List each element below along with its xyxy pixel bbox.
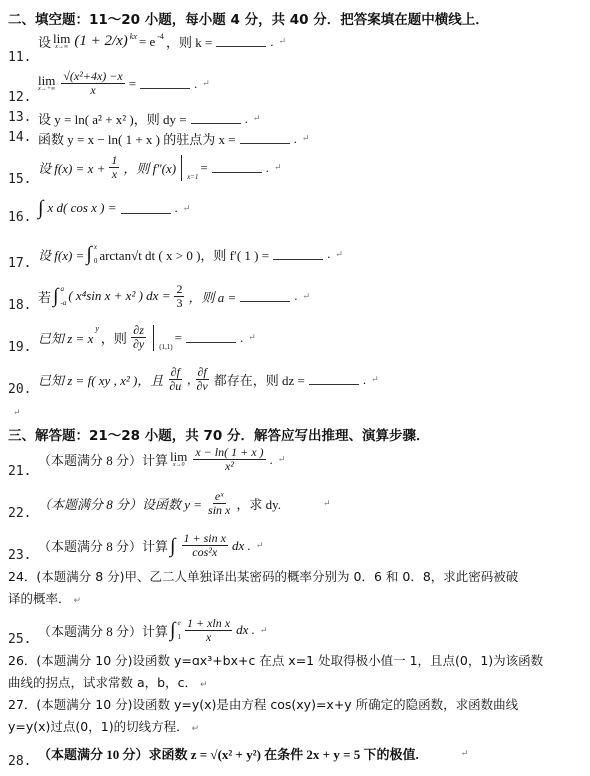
limit-operator: limx→∞ [53, 33, 70, 51]
period: . [240, 330, 243, 346]
evaluation-bar [181, 155, 182, 181]
denominator: x [88, 84, 97, 97]
fraction: 23 [174, 283, 184, 310]
paragraph-mark-icon: ↵ [371, 374, 379, 385]
prefix-text: 设 f(x) = x + [38, 158, 105, 177]
fraction: eˣsin x [206, 490, 232, 517]
question-15: 15. 设 f(x) = x + 1x ，则 f″(x) x=1 = . ↵ [8, 152, 584, 188]
suffix-text: ，则 a = [188, 287, 236, 306]
numerator: eˣ [213, 490, 226, 504]
numerator: 1 + xln x [185, 617, 232, 631]
period: . [270, 452, 273, 468]
question-13: 13. 设 y = ln( a² + x² )，则 dy = . ↵ [8, 108, 584, 126]
denominator: 3 [174, 297, 184, 310]
rhs: = e [139, 34, 155, 50]
numerator: 1 [109, 154, 119, 168]
question-27-line-2: y=y(x)过点(0，1)的切线方程．↵ [8, 716, 582, 740]
suffix-text: ，求 dy. [236, 494, 281, 513]
answer-blank[interactable] [121, 203, 171, 214]
period: . [175, 200, 178, 216]
question-18: 18. 若 ∫ a-a ( x⁴sin x + x² ) dx = 23 ，则 … [8, 280, 584, 316]
rhs-exponent: -4 [157, 32, 164, 41]
section-3-heading: 三、解答题：21～28 小题，共 70 分．解答应写出推理、演算步骤． [8, 424, 429, 444]
integral-icon: ∫ [38, 198, 43, 218]
question-12: 12. limx→+∞ √(x²+4x) −xx = . ↵ [8, 70, 584, 106]
question-26: 26．(本题满分 10 分)设函数 y=ɑx³+bx+c 在点 x=1 处取得极… [8, 650, 582, 696]
question-body: 设 f(x) = x + 1x ，则 f″(x) x=1 = . ↵ [38, 154, 282, 181]
question-28: 28. （本题满分 10 分）求函数 z = √(x² + y²) 在条件 2x… [8, 740, 584, 770]
limit-operator: limx→+∞ [38, 75, 55, 93]
fraction-dv: ∂f∂v [195, 366, 210, 393]
answer-blank[interactable] [191, 113, 241, 124]
upper-limit: x [94, 240, 98, 254]
limit-subscript: x→+∞ [38, 86, 55, 93]
question-number: 20. [8, 382, 31, 397]
question-17: 17. 设 f(x) = ∫ x0 arctan√t dt ( x > 0 )，… [8, 238, 584, 274]
question-21: 21. （本题满分 8 分）计算 limx→0 x − ln( 1 + x )x… [8, 444, 584, 480]
question-number: 21. [8, 464, 31, 479]
question-26-line-2: 曲线的拐点，试求常数 a，b，c．↵ [8, 672, 582, 696]
integral-limits: x0 [94, 240, 98, 268]
period: . [294, 288, 297, 304]
paragraph-mark-icon: ↵ [303, 291, 311, 302]
fraction: 1x [109, 154, 119, 181]
lim-label: lim [38, 75, 55, 86]
period: . [294, 131, 297, 147]
question-body: （本题满分 8 分）计算 ∫ e1 1 + xln xx dx . ↵ [38, 616, 267, 644]
paragraph-mark-icon: ↵ [279, 36, 287, 47]
lim-label: lim [170, 451, 187, 462]
question-text: （本题满分 10 分）求函数 z = √(x² + y²) 在条件 2x + y… [38, 744, 419, 763]
period: . [266, 160, 269, 176]
evaluation-bar [153, 325, 154, 351]
question-number: 11. [8, 50, 31, 65]
period: . [327, 246, 330, 262]
denominator: sin x [206, 504, 232, 517]
question-text: 设 y = ln( a² + x² )，则 dy = [38, 109, 187, 128]
question-25: 25. （本题满分 8 分）计算 ∫ e1 1 + xln xx dx . ↵ [8, 614, 584, 650]
suffix-text: dx . [232, 538, 251, 554]
period: . [270, 34, 273, 50]
answer-blank[interactable] [140, 78, 190, 89]
question-body: （本题满分 8 分）计算 ∫ 1 + sin xcos²x dx . ↵ [38, 532, 263, 559]
paragraph-mark-icon: ↵ [74, 596, 82, 606]
question-20: 20. 已知 z = f( xy , x² )，且 ∂f∂u , ∂f∂v 都存… [8, 364, 584, 400]
period: . [245, 111, 248, 127]
fraction: √(x²+4x) −xx [61, 70, 124, 97]
lower-limit: -a [61, 296, 67, 310]
question-number: 22. [8, 506, 31, 521]
answer-blank[interactable] [240, 291, 290, 302]
period: . [363, 372, 366, 388]
question-number: 13. [8, 110, 31, 125]
question-16: 16. ∫ x d( cos x ) = . ↵ [8, 198, 584, 226]
integral-limits: e1 [178, 616, 182, 644]
lower-limit: 0 [94, 254, 98, 268]
question-body: 设 f(x) = ∫ x0 arctan√t dt ( x > 0 )，则 f′… [38, 240, 343, 268]
question-text: 函数 y = x − ln( 1 + x ) 的驻点为 x = [38, 129, 236, 148]
question-24-line-2: 译的概率．↵ [8, 588, 582, 612]
lower-limit: 1 [178, 630, 182, 644]
lim-label: lim [53, 33, 70, 44]
question-27: 27．(本题满分 10 分)设函数 y=y(x)是由方程 cos(xy)=x+y… [8, 694, 582, 740]
question-26-line-1: 26．(本题满分 10 分)设函数 y=ɑx³+bx+c 在点 x=1 处取得极… [8, 650, 582, 672]
answer-blank[interactable] [212, 162, 262, 173]
question-number: 15. [8, 172, 31, 187]
paragraph-mark-icon: ↵ [461, 748, 469, 759]
question-14: 14. 函数 y = x − ln( 1 + x ) 的驻点为 x = . ↵ [8, 128, 584, 146]
question-number: 18. [8, 298, 31, 313]
question-22: 22. （本题满分 8 分）设函数 y = eˣsin x ，求 dy. ↵ [8, 488, 584, 524]
denominator: ∂y [131, 338, 146, 351]
question-body: 设 y = ln( a² + x² )，则 dy = . ↵ [38, 109, 260, 128]
limit-expression: (1 + 2/x) [74, 33, 127, 50]
question-26-line-2-text: 曲线的拐点，试求常数 a，b，c． [8, 675, 197, 690]
equals: = [129, 76, 136, 92]
integrand: ( x⁴sin x + x² ) dx = [68, 288, 170, 304]
question-11: 11. 设 limx→∞ (1 + 2/x) kx = e -4 ，则 k = … [8, 30, 584, 66]
answer-blank[interactable] [240, 133, 290, 144]
question-body: 设 limx→∞ (1 + 2/x) kx = e -4 ，则 k = . ↵ [38, 32, 286, 51]
denominator: x² [223, 460, 236, 473]
numerator: ∂f [196, 366, 209, 380]
upper-limit: e [178, 616, 182, 630]
prefix-text: 设 [38, 32, 51, 51]
paragraph-mark-icon: ↵ [253, 113, 261, 124]
paragraph-mark-icon: ↵ [335, 249, 343, 260]
integral-icon: ∫ [86, 244, 91, 264]
question-24-line-2-text: 译的概率． [8, 591, 71, 606]
fraction: 1 + sin xcos²x [182, 532, 228, 559]
fraction: 1 + xln xx [185, 617, 232, 644]
paragraph-mark-icon: ↵ [200, 680, 208, 690]
fraction-du: ∂f∂u [167, 366, 183, 393]
prefix-text: （本题满分 8 分）计算 [38, 450, 168, 469]
limit-subscript: x→0 [173, 462, 185, 469]
paragraph-mark-icon: ↵ [323, 498, 331, 509]
denominator: ∂v [195, 380, 210, 393]
paragraph-mark-icon: ↵ [202, 78, 210, 89]
question-body: 函数 y = x − ln( 1 + x ) 的驻点为 x = . ↵ [38, 129, 309, 148]
denominator: x [110, 168, 119, 181]
upper-limit: a [61, 282, 67, 296]
numerator: ∂z [131, 324, 146, 338]
suffix-text: 都存在，则 dz = [214, 370, 305, 389]
question-24-line-1: 24．(本题满分 8 分)甲、乙二人单独译出某密码的概率分别为 0．6 和 0．… [8, 566, 582, 588]
empty-paragraph-mark-icon: ↵ [13, 408, 21, 418]
integral-icon: ∫ [170, 620, 175, 640]
integral-icon: ∫ [53, 286, 58, 306]
paragraph-mark-icon: ↵ [260, 625, 268, 636]
limit-subscript: x→∞ [55, 44, 68, 51]
answer-blank[interactable] [186, 332, 236, 343]
denominator: cos²x [190, 546, 219, 559]
denominator: ∂u [167, 380, 183, 393]
question-number: 23. [8, 548, 31, 563]
question-number: 16. [8, 210, 31, 225]
question-number: 19. [8, 340, 31, 355]
question-number: 17. [8, 256, 31, 271]
prefix-text: 已知 z = x [38, 328, 93, 347]
question-text: x d( cos x ) = [47, 200, 116, 216]
exponent: kx [130, 32, 137, 41]
numerator: 2 [174, 283, 184, 297]
question-number: 28. [8, 754, 31, 769]
paragraph-mark-icon: ↵ [278, 454, 286, 465]
paragraph-mark-icon: ↵ [302, 133, 310, 144]
question-body: 已知 z = x y ，则 ∂z∂y (1,1) = . ↵ [38, 324, 256, 351]
prefix-text: 已知 z = f( xy , x² )，且 [38, 370, 163, 389]
answer-blank[interactable] [309, 374, 359, 385]
limit-operator: limx→0 [170, 451, 187, 469]
question-body: ∫ x d( cos x ) = . ↵ [38, 198, 190, 218]
equals: = [175, 330, 182, 346]
question-27-line-2-text: y=y(x)过点(0，1)的切线方程． [8, 719, 189, 734]
question-number: 14. [8, 130, 31, 145]
section-2-heading: 二、填空题：11～20 小题，每小题 4 分，共 40 分．把答案填在题中横线上… [8, 8, 489, 28]
derivative-text: ，则 f″(x) [123, 158, 176, 177]
question-27-line-1: 27．(本题满分 10 分)设函数 y=y(x)是由方程 cos(xy)=x+y… [8, 694, 582, 716]
question-23: 23. （本题满分 8 分）计算 ∫ 1 + sin xcos²x dx . ↵ [8, 530, 584, 566]
question-body: （本题满分 8 分）设函数 y = eˣsin x ，求 dy. ↵ [38, 490, 331, 517]
question-body: 若 ∫ a-a ( x⁴sin x + x² ) dx = 23 ，则 a = … [38, 282, 310, 310]
suffix-text: dx . [236, 622, 255, 638]
prefix-text: 设 f(x) = [38, 245, 84, 264]
mid-text: ，则 [101, 328, 127, 347]
paragraph-mark-icon: ↵ [183, 203, 191, 214]
numerator: x − ln( 1 + x ) [193, 446, 265, 460]
question-19: 19. 已知 z = x y ，则 ∂z∂y (1,1) = . ↵ [8, 322, 584, 358]
period: . [194, 76, 197, 92]
numerator: √(x²+4x) −x [61, 70, 124, 84]
suffix-text: ，则 k = [166, 32, 212, 51]
evaluation-point: (1,1) [159, 343, 172, 351]
prefix-text: （本题满分 8 分）计算 [38, 536, 168, 555]
paragraph-mark-icon: ↵ [274, 162, 282, 173]
fraction: ∂z∂y [131, 324, 146, 351]
prefix-text: 若 [38, 287, 51, 306]
question-body: （本题满分 8 分）计算 limx→0 x − ln( 1 + x )x² . … [38, 446, 285, 473]
paragraph-mark-icon: ↵ [248, 332, 256, 343]
answer-blank[interactable] [216, 36, 266, 47]
question-text: arctan√t dt ( x > 0 )，则 f′( 1 ) = [99, 245, 269, 264]
question-body: 已知 z = f( xy , x² )，且 ∂f∂u , ∂f∂v 都存在，则 … [38, 366, 379, 393]
numerator: ∂f [169, 366, 182, 380]
prefix-text: （本题满分 8 分）设函数 y = [38, 494, 202, 513]
answer-blank[interactable] [273, 249, 323, 260]
prefix-text: （本题满分 8 分）计算 [38, 621, 168, 640]
question-body: limx→+∞ √(x²+4x) −xx = . ↵ [38, 70, 210, 97]
evaluation-point: x=1 [187, 173, 198, 181]
question-24: 24．(本题满分 8 分)甲、乙二人单独译出某密码的概率分别为 0．6 和 0．… [8, 566, 582, 612]
question-number: 25. [8, 632, 31, 647]
numerator: 1 + sin x [182, 532, 228, 546]
fraction: x − ln( 1 + x )x² [193, 446, 265, 473]
paragraph-mark-icon: ↵ [256, 540, 264, 551]
question-number: 12. [8, 90, 31, 105]
question-body: （本题满分 10 分）求函数 z = √(x² + y²) 在条件 2x + y… [38, 744, 468, 763]
exponent: y [95, 324, 99, 333]
denominator: x [204, 631, 213, 644]
integral-icon: ∫ [170, 536, 175, 556]
integral-limits: a-a [61, 282, 67, 310]
equals: = [200, 160, 207, 176]
paragraph-mark-icon: ↵ [192, 724, 200, 734]
